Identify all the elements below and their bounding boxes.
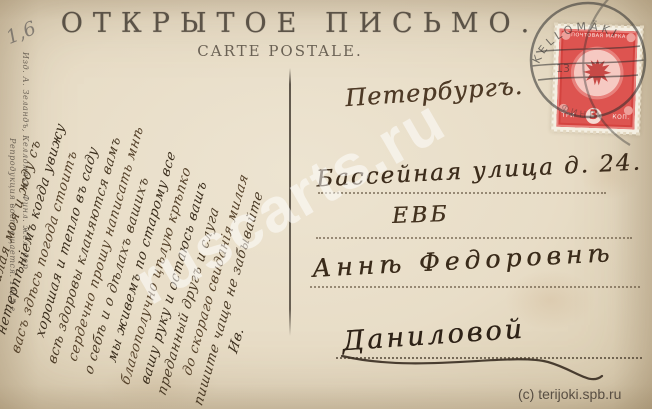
address-recipient-name: Аннѣ Федоровнѣ	[311, 238, 615, 283]
pencil-number: 1,6	[3, 17, 39, 49]
stamp-frame: ПОЧТОВАЯ МАРКА ТРИ 3 КОП.	[556, 29, 637, 130]
stamp-top-label: ПОЧТОВАЯ МАРКА	[559, 32, 637, 41]
stamp-right-label: КОП.	[612, 113, 630, 121]
stamp-value: 3	[585, 108, 602, 125]
double-eagle-icon	[580, 55, 615, 90]
address-honorific: ЕВБ	[392, 202, 450, 229]
postage-stamp: ПОЧТОВАЯ МАРКА ТРИ 3 КОП.	[551, 23, 643, 134]
address-dotted-line	[316, 237, 632, 239]
address-recipient-surname: Даниловой	[341, 314, 526, 358]
postcard: ОТКРЫТОЕ ПИСЬМО. CARTE POSTALE. 1,6 Изд.…	[0, 0, 652, 409]
watermark-terijoki: (c) terijoki.spb.ru	[518, 386, 621, 402]
stamp-value-row: ТРИ 3 КОП.	[556, 107, 635, 126]
address-dotted-line	[336, 357, 642, 359]
stamp-left-label: ТРИ	[562, 111, 576, 118]
stamp-medallion	[568, 44, 626, 102]
address-dotted-line	[310, 286, 640, 288]
